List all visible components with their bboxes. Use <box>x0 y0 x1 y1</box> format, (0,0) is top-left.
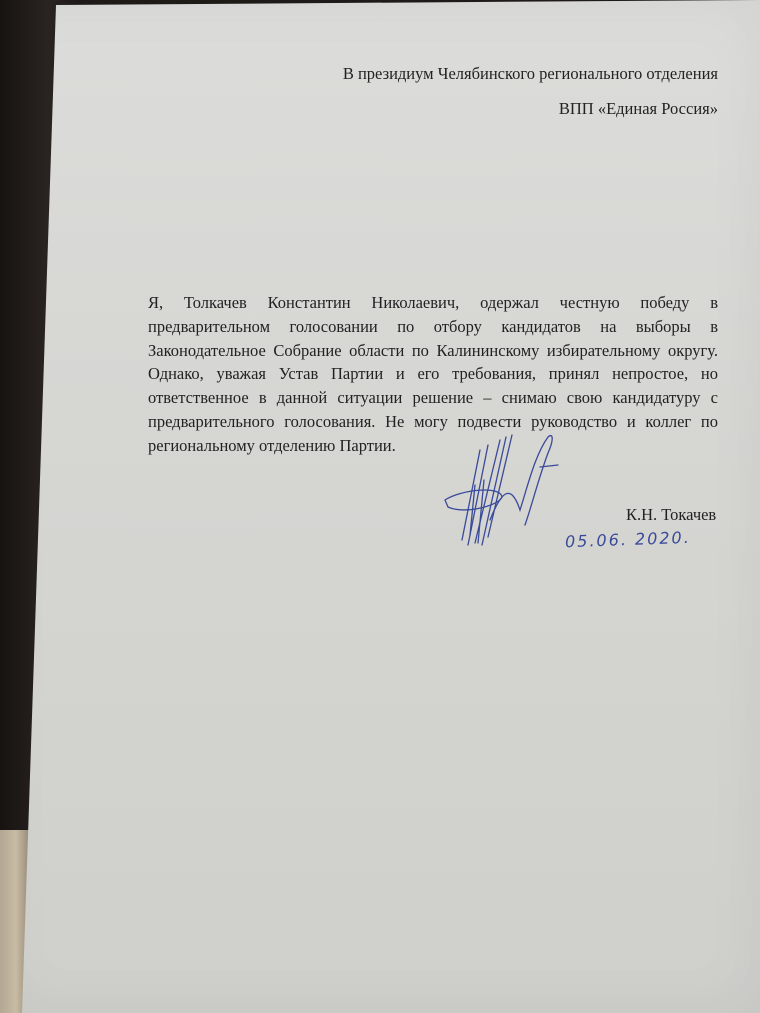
letter-body: Я, Толкачев Константин Николаевич, одерж… <box>148 291 718 458</box>
addressee-line-2: ВПП «Единая Россия» <box>559 99 718 119</box>
handwritten-signature <box>440 425 580 555</box>
addressee-line-1: В президиум Челябинского регионального о… <box>343 64 718 84</box>
signatory-name: К.Н. Токачев <box>626 505 716 525</box>
